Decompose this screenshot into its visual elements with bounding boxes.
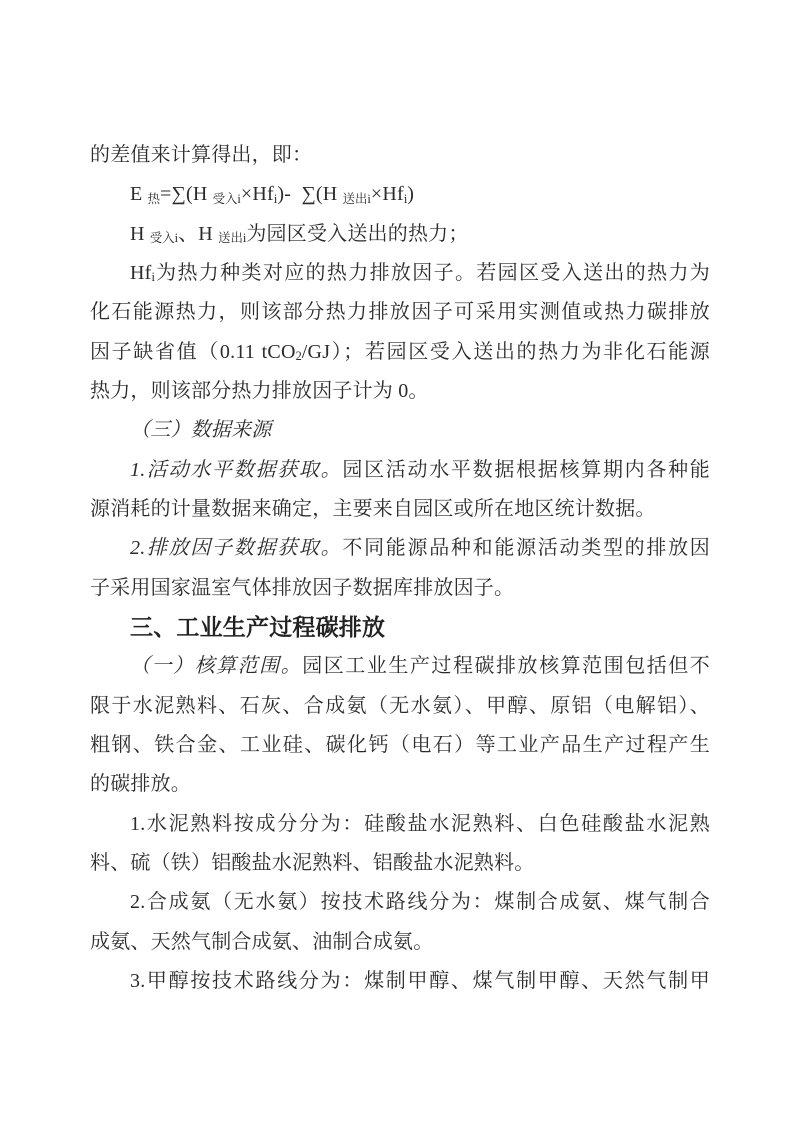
text-segment: 成氨、天然气制合成氨、油制合成氨。 (90, 931, 433, 953)
paragraph-cement-clinker-line-2: 料、硫（铁）铝酸盐水泥熟料、铝酸盐水泥熟料。 (90, 844, 710, 883)
paragraph-accounting-scope-line-3: 粗钢、铁合金、工业硅、碳化钙（电石）等工业产品生产过程产生 (90, 726, 710, 765)
paragraph-synthetic-ammonia-line-2: 成氨、天然气制合成氨、油制合成氨。 (90, 923, 710, 962)
text-segment: 为热力种类对应的热力排放因子。若园区受入送出的热力为 (155, 262, 710, 284)
text-segment: 为园区受入送出的热力； (246, 223, 468, 245)
text-segment: ) (407, 183, 414, 205)
subscript-text: 2 (296, 349, 302, 363)
text-segment: （一）核算范围。 (130, 655, 302, 677)
subscript-text: i (274, 192, 277, 206)
subscript-text: 热 (148, 192, 160, 206)
document-page: 的差值来计算得出，即： E 热=∑(H 受入i×Hfi)- ∑(H 送出i×Hf… (0, 0, 794, 1123)
paragraph-accounting-scope-line-1: （一）核算范围。园区工业生产过程碳排放核算范围包括但不 (90, 647, 710, 686)
subsection-heading-data-source: （三）数据来源 (90, 411, 710, 450)
subscript-text: 受入i (213, 192, 241, 206)
text-segment: =∑(H (160, 183, 213, 205)
text-segment: 的碳排放。 (90, 773, 191, 795)
subscript-text: i (152, 270, 155, 284)
text-segment: 限于水泥熟料、石灰、合成氨（无水氨）、甲醇、原铝（电解铝）、 (90, 695, 710, 717)
text-segment: 1.水泥熟料按成分分为：硅酸盐水泥熟料、白色硅酸盐水泥熟 (130, 813, 710, 835)
text-segment: （三）数据来源 (130, 419, 271, 441)
paragraph-continuation-diff-value: 的差值来计算得出，即： (90, 136, 710, 175)
paragraph-heat-factor-line-3: 因子缺省值（0.11 tCO2/GJ）；若园区受入送出的热力为非化石能源 (90, 333, 710, 372)
paragraph-cement-clinker-line-1: 1.水泥熟料按成分分为：硅酸盐水泥熟料、白色硅酸盐水泥熟 (90, 805, 710, 844)
text-segment: 1.活动水平数据获取。 (130, 459, 342, 481)
text-segment: 不同能源品种和能源活动类型的排放因 (342, 537, 710, 559)
formula-heat-emission: E 热=∑(H 受入i×Hfi)- ∑(H 送出i×Hfi) (90, 175, 710, 214)
text-segment: 园区工业生产过程碳排放核算范围包括但不 (302, 655, 710, 677)
text-segment: 因子缺省值（0.11 tCO (90, 341, 296, 363)
paragraph-activity-data-line-1: 1.活动水平数据获取。园区活动水平数据根据核算期内各种能 (90, 451, 710, 490)
paragraph-emission-factor-data-line-2: 子采用国家温室气体排放因子数据库排放因子。 (90, 569, 710, 608)
paragraph-emission-factor-data-line-1: 2.排放因子数据获取。不同能源品种和能源活动类型的排放因 (90, 529, 710, 568)
paragraph-methanol-line-1: 3.甲醇按技术路线分为：煤制甲醇、煤气制甲醇、天然气制甲 (90, 962, 710, 1001)
text-segment: 三、工业生产过程碳排放 (130, 614, 385, 640)
subscript-text: 送出i (343, 192, 371, 206)
text-segment: /GJ）；若园区受入送出的热力为非化石能源 (302, 341, 710, 363)
paragraph-heat-factor-line-2: 化石能源热力，则该部分热力排放因子可采用实测值或热力碳排放 (90, 293, 710, 332)
formula-variable-definition-h: H 受入i、H 送出i为园区受入送出的热力； (90, 215, 710, 254)
document-body: 的差值来计算得出，即： E 热=∑(H 受入i×Hfi)- ∑(H 送出i×Hf… (90, 136, 710, 1001)
text-segment: 2.合成氨（无水氨）按技术路线分为：煤制合成氨、煤气制合 (130, 891, 710, 913)
text-segment: 3.甲醇按技术路线分为：煤制甲醇、煤气制甲醇、天然气制甲 (130, 970, 710, 992)
paragraph-synthetic-ammonia-line-1: 2.合成氨（无水氨）按技术路线分为：煤制合成氨、煤气制合 (90, 883, 710, 922)
paragraph-accounting-scope-line-2: 限于水泥熟料、石灰、合成氨（无水氨）、甲醇、原铝（电解铝）、 (90, 687, 710, 726)
text-segment: E (130, 183, 148, 205)
paragraph-accounting-scope-line-4: 的碳排放。 (90, 765, 710, 804)
text-segment: )- ∑(H (277, 183, 342, 205)
text-segment: Hf (130, 262, 152, 284)
subscript-text: 受入i (150, 231, 178, 245)
subscript-text: 送出i (218, 231, 246, 245)
text-segment: 粗钢、铁合金、工业硅、碳化钙（电石）等工业产品生产过程产生 (90, 734, 710, 756)
text-segment: 园区活动水平数据根据核算期内各种能 (342, 459, 710, 481)
paragraph-heat-factor-line-4: 热力，则该部分热力排放因子计为 0。 (90, 372, 710, 411)
text-segment: ×Hf (371, 183, 404, 205)
paragraph-heat-factor-line-1: Hfi为热力种类对应的热力排放因子。若园区受入送出的热力为 (90, 254, 710, 293)
text-segment: 子采用国家温室气体排放因子数据库排放因子。 (90, 577, 514, 599)
section-heading-industrial-process: 三、工业生产过程碳排放 (90, 608, 710, 647)
subscript-text: i (404, 192, 407, 206)
text-segment: 源消耗的计量数据来确定，主要来自园区或所在地区统计数据。 (90, 498, 656, 520)
text-segment: 2.排放因子数据获取。 (130, 537, 342, 559)
text-segment: ×Hf (241, 183, 274, 205)
text-segment: 热力，则该部分热力排放因子计为 0。 (90, 380, 429, 402)
text-segment: H (130, 223, 150, 245)
text-segment: 的差值来计算得出，即： (90, 144, 312, 166)
text-segment: 化石能源热力，则该部分热力排放因子可采用实测值或热力碳排放 (90, 301, 710, 323)
paragraph-activity-data-line-2: 源消耗的计量数据来确定，主要来自园区或所在地区统计数据。 (90, 490, 710, 529)
text-segment: 、H (178, 223, 218, 245)
text-segment: 料、硫（铁）铝酸盐水泥熟料、铝酸盐水泥熟料。 (90, 852, 534, 874)
